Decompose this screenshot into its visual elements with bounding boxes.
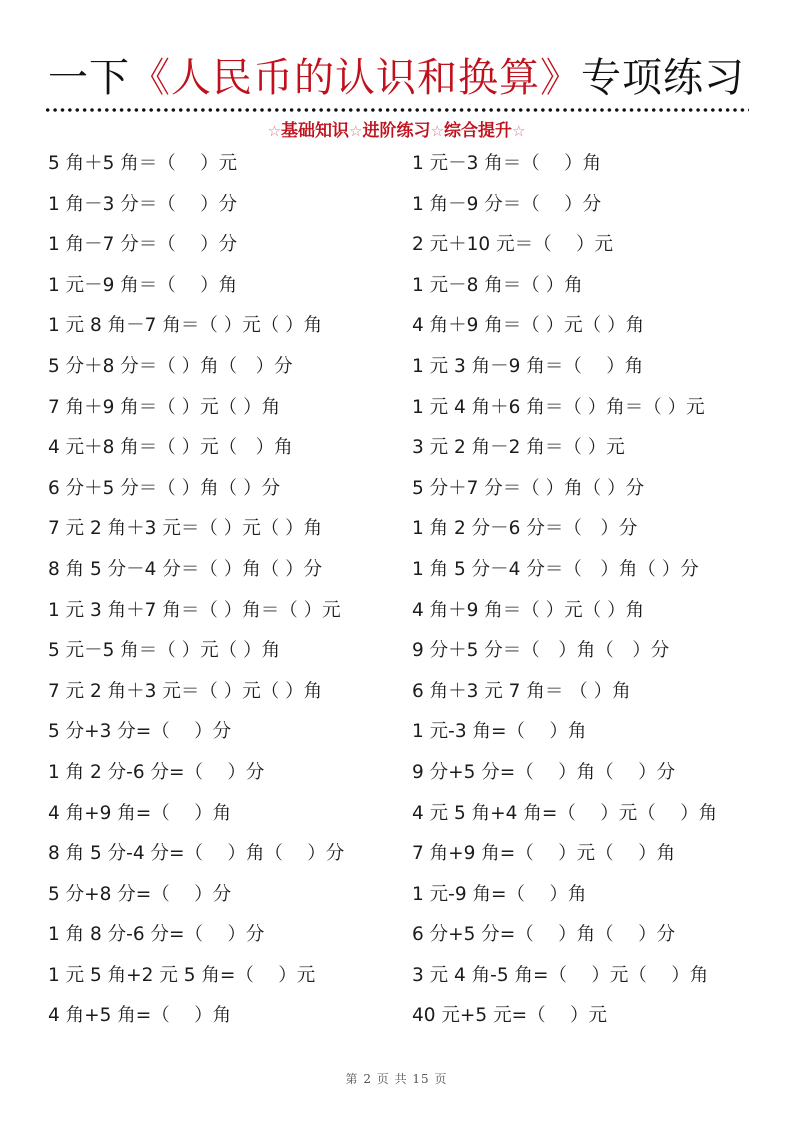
question-item: 1 元-9 角=（ ）角 [412,879,717,920]
question-item: 1 元 3 角＋7 角＝（ ）角＝（ ）元 [48,595,344,636]
question-item: 1 角－7 分＝（ ）分 [48,229,344,270]
question-item: 1 角－9 分＝（ ）分 [412,189,717,230]
question-item: 1 元－3 角＝（ ）角 [412,148,717,189]
title-grade: 一下 [48,55,130,101]
question-item: 8 角 5 分－4 分＝（ ）角（ ）分 [48,554,344,595]
dotted-divider [44,107,749,113]
question-item: 9 分＋5 分＝（ ）角（ ）分 [412,635,717,676]
subtitle-item-comprehensive: 综合提升 [444,121,512,141]
question-item: 1 元－9 角＝（ ）角 [48,270,344,311]
question-column-left: 5 角＋5 角＝（ ）元 1 角－3 分＝（ ）分 1 角－7 分＝（ ）分 1… [48,148,344,1041]
question-item: 7 元 2 角＋3 元＝（ ）元（ ）角 [48,676,344,717]
question-item: 2 元＋10 元＝（ ）元 [412,229,717,270]
question-item: 1 角－3 分＝（ ）分 [48,189,344,230]
question-item: 1 元－8 角＝（ ）角 [412,270,717,311]
question-item: 1 角 8 分-6 分=（ ）分 [48,919,344,960]
question-item: 3 元 2 角－2 角＝（ ）元 [412,432,717,473]
question-item: 4 角+5 角=（ ）角 [48,1000,344,1041]
question-item: 1 角 5 分－4 分＝（ ）角（ ）分 [412,554,717,595]
question-item: 3 元 4 角-5 角=（ ）元（ ）角 [412,960,717,1001]
question-item: 5 分＋8 分＝（ ）角（ ）分 [48,351,344,392]
question-item: 4 角＋9 角＝（ ）元（ ）角 [412,310,717,351]
question-item: 5 分+8 分=（ ）分 [48,879,344,920]
question-item: 1 元 4 角＋6 角＝（ ）角＝（ ）元 [412,392,717,433]
question-item: 9 分+5 分=（ ）角（ ）分 [412,757,717,798]
question-column-right: 1 元－3 角＝（ ）角 1 角－9 分＝（ ）分 2 元＋10 元＝（ ）元 … [412,148,717,1041]
subtitle-banner: ☆基础知识☆进阶练习☆综合提升☆ [0,119,793,143]
question-item: 4 元＋8 角＝（ ）元（ ）角 [48,432,344,473]
question-item: 4 元 5 角+4 角=（ ）元（ ）角 [412,798,717,839]
question-item: 7 角+9 角=（ ）元（ ）角 [412,838,717,879]
question-item: 5 分+3 分=（ ）分 [48,716,344,757]
question-item: 1 元-3 角=（ ）角 [412,716,717,757]
star-icon: ☆ [512,122,525,140]
page-number: 第 2 页 共 15 页 [0,1070,793,1087]
star-icon: ☆ [431,122,444,140]
question-item: 1 角 2 分－6 分＝（ ）分 [412,513,717,554]
question-item: 4 角＋9 角＝（ ）元（ ）角 [412,595,717,636]
subtitle-item-basic: 基础知识 [281,121,349,141]
question-item: 7 元 2 角＋3 元＝（ ）元（ ）角 [48,513,344,554]
question-item: 1 元 3 角－9 角＝（ ）角 [412,351,717,392]
title-topic: 《人民币的认识和换算》 [130,55,581,101]
question-item: 1 元 5 角+2 元 5 角=（ ）元 [48,960,344,1001]
question-item: 40 元+5 元=（ ）元 [412,1000,717,1041]
question-item: 8 角 5 分-4 分=（ ）角（ ）分 [48,838,344,879]
subtitle-item-advanced: 进阶练习 [363,121,431,141]
question-item: 5 分＋7 分＝（ ）角（ ）分 [412,473,717,514]
question-item: 1 角 2 分-6 分=（ ）分 [48,757,344,798]
question-item: 6 角＋3 元 7 角＝ （ ）角 [412,676,717,717]
star-icon: ☆ [268,122,281,140]
question-item: 5 元－5 角＝（ ）元（ ）角 [48,635,344,676]
star-icon: ☆ [349,122,362,140]
title-suffix: 专项练习 [581,55,745,101]
question-item: 5 角＋5 角＝（ ）元 [48,148,344,189]
question-item: 1 元 8 角－7 角＝（ ）元（ ）角 [48,310,344,351]
question-item: 6 分＋5 分＝（ ）角（ ）分 [48,473,344,514]
worksheet-title: 一下《人民币的认识和换算》专项练习 [0,52,793,104]
question-item: 6 分+5 分=（ ）角（ ）分 [412,919,717,960]
question-item: 4 角+9 角=（ ）角 [48,798,344,839]
question-item: 7 角＋9 角＝（ ）元（ ）角 [48,392,344,433]
